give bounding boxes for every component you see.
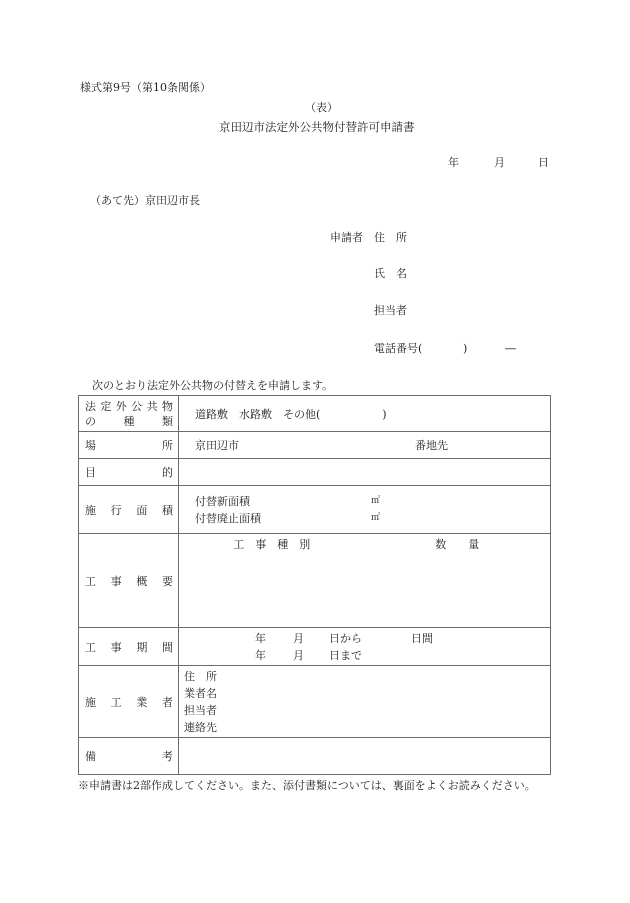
table-row-location: 場所 京田辺市番地先 (79, 432, 551, 459)
table-row-area: 施行面積 付替新面積㎡ 付替廃止面積㎡ (79, 486, 551, 534)
work-summary-cell: 工 事 種 別 数 量 (179, 534, 551, 628)
document-title: 京田辺市法定外公共物付替許可申請書 (219, 122, 415, 134)
type-label-cell: 法定外公共物 の種類 (79, 396, 179, 432)
applicant-name-label: 氏 名 (374, 268, 407, 279)
date-line: 年 月 日 (448, 157, 549, 168)
type-options: 道路敷 水路敷 その他( (195, 408, 320, 421)
col-quantity: 数 量 (365, 534, 551, 553)
form-number-label: 様式第9号（第10条関係） (80, 82, 211, 93)
type-options-close: ) (382, 408, 386, 421)
contractor-cell[interactable]: 住 所 業者名 担当者 連絡先 (179, 666, 551, 738)
area-cell[interactable]: 付替新面積㎡ 付替廃止面積㎡ (179, 486, 551, 534)
work-type-2[interactable] (179, 577, 365, 602)
quantity-2[interactable] (365, 577, 551, 602)
applicant-label: 申請者 (330, 232, 363, 243)
contractor-contact-person-label: 担当者 (184, 702, 550, 719)
col-work-type: 工 事 種 別 (179, 534, 365, 553)
work-type-1[interactable] (179, 553, 365, 577)
phone-dash: ― (505, 343, 516, 354)
date-day: 日 (538, 157, 549, 168)
table-row-contractor: 施工業者 住 所 業者名 担当者 連絡先 (79, 666, 551, 738)
date-month: 月 (494, 157, 505, 168)
applicant-phone-label: 電話番号( (374, 343, 422, 354)
work-summary-table: 工 事 種 別 数 量 (179, 534, 550, 627)
phone-paren-close: ) (463, 343, 467, 354)
purpose-cell[interactable] (179, 459, 551, 486)
table-row-period: 工事期間 年 月 日から 日間 年 月 日まで (79, 628, 551, 666)
addressee: （あて先）京田辺市長 (90, 195, 200, 206)
table-row-work-summary: 工事概要 工 事 種 別 数 量 (79, 534, 551, 628)
application-table: 法定外公共物 の種類 道路敷 水路敷 その他() 場所 京田辺市番地先 目的 施… (78, 395, 551, 775)
remarks-cell[interactable] (179, 738, 551, 775)
type-options-cell[interactable]: 道路敷 水路敷 その他() (179, 396, 551, 432)
date-year: 年 (448, 157, 459, 168)
location-cell[interactable]: 京田辺市番地先 (179, 432, 551, 459)
location-city: 京田辺市 (195, 439, 239, 452)
quantity-3[interactable] (365, 602, 551, 627)
table-row-type: 法定外公共物 の種類 道路敷 水路敷 その他() (79, 396, 551, 432)
application-statement: 次のとおり法定外公共物の付替えを申請します。 (92, 380, 333, 391)
footnote: ※申請書は2部作成してください。また、添付書類については、裏面をよくお読みくださ… (78, 780, 536, 791)
abolished-area-label: 付替廃止面積 (195, 510, 371, 527)
contractor-contact-label: 連絡先 (184, 719, 550, 736)
table-row-purpose: 目的 (79, 459, 551, 486)
contractor-company-label: 業者名 (184, 685, 550, 702)
work-type-3[interactable] (179, 602, 365, 627)
abolished-area-unit: ㎡ (371, 510, 380, 527)
new-area-label: 付替新面積 (195, 493, 371, 510)
quantity-1[interactable] (365, 553, 551, 577)
table-row-remarks: 備考 (79, 738, 551, 775)
period-cell[interactable]: 年 月 日から 日間 年 月 日まで (179, 628, 551, 666)
applicant-address-label: 住 所 (374, 232, 407, 243)
front-side-label: （表） (305, 102, 338, 113)
contractor-address-label: 住 所 (184, 668, 550, 685)
applicant-contact-person-label: 担当者 (374, 305, 407, 316)
new-area-unit: ㎡ (371, 493, 380, 510)
period-days: 日間 (411, 630, 433, 647)
location-suffix: 番地先 (415, 439, 448, 452)
